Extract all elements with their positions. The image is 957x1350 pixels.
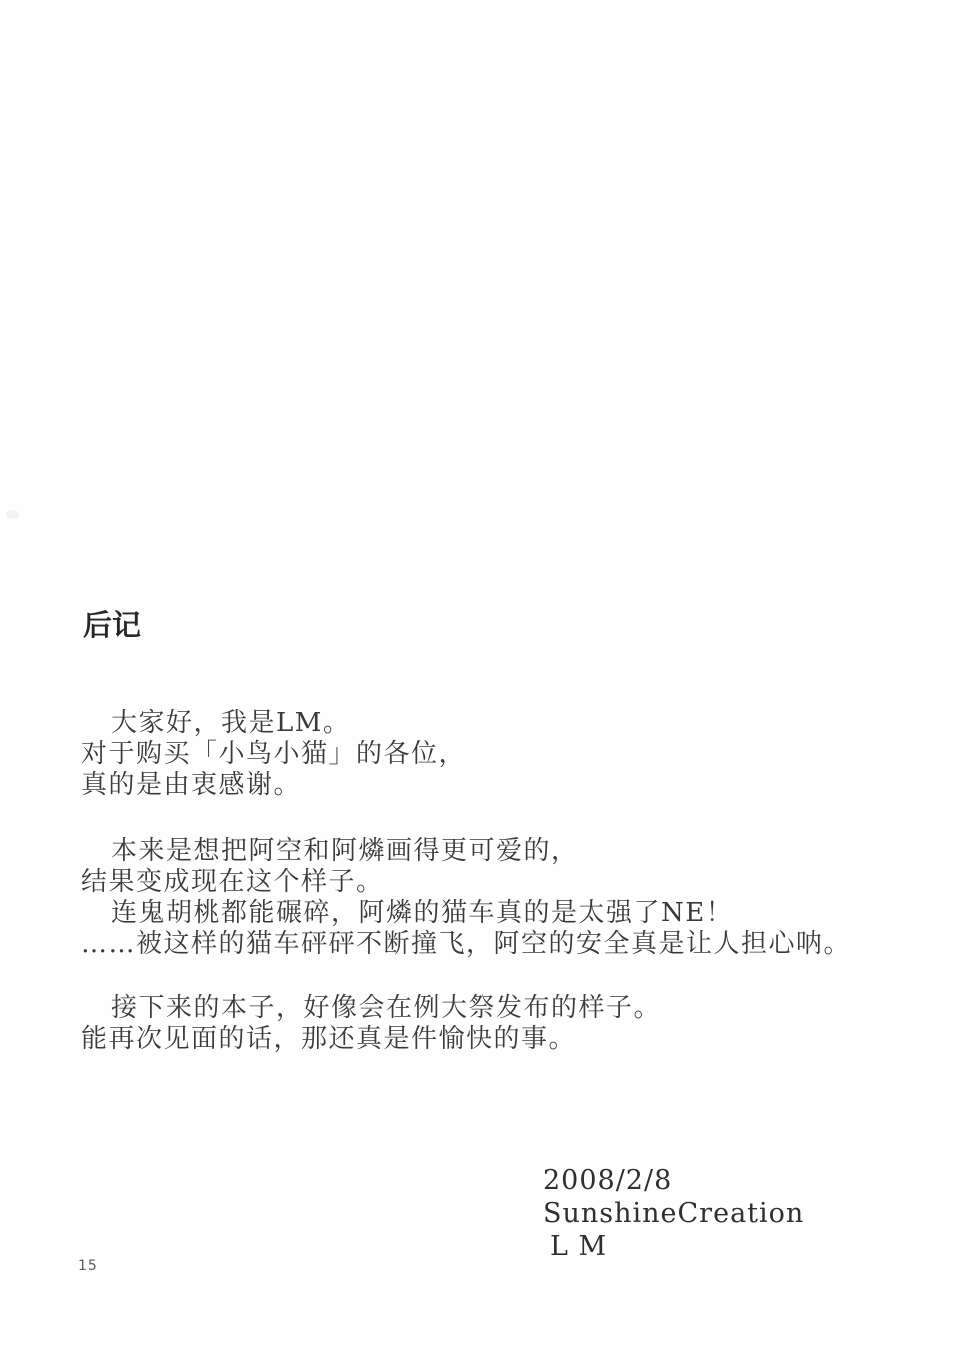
afterword-heading: 后记 — [83, 603, 141, 644]
paragraph-comments: 本来是想把阿空和阿燐画得更可爱的， 结果变成现在这个样子。 连鬼胡桃都能碾碎，阿… — [81, 836, 851, 960]
text-line: 对于购买「小鸟小猫」的各位， — [81, 739, 466, 770]
text-line: 本来是想把阿空和阿燐画得更可爱的， — [81, 836, 851, 867]
credit-date: 2008/2/8 — [543, 1164, 804, 1197]
paragraph-closing: 接下来的本子，好像会在例大祭发布的样子。 能再次见面的话，那还真是件愉快的事。 — [81, 993, 661, 1055]
text-line: 连鬼胡桃都能碾碎，阿燐的猫车真的是太强了NE！ — [81, 898, 851, 929]
text-line: 大家好，我是LM。 — [81, 708, 466, 739]
text-line: 结果变成现在这个样子。 — [81, 867, 851, 898]
text-line: ……被这样的猫车砰砰不断撞飞，阿空的安全真是让人担心呐。 — [81, 929, 851, 960]
scan-artifact-dot — [6, 510, 19, 519]
paragraph-greeting: 大家好，我是LM。 对于购买「小鸟小猫」的各位， 真的是由衷感谢。 — [81, 708, 466, 801]
text-line: 真的是由衷感谢。 — [81, 770, 466, 801]
text-line: 能再次见面的话，那还真是件愉快的事。 — [81, 1024, 661, 1055]
afterword-page: 后记 大家好，我是LM。 对于购买「小鸟小猫」的各位， 真的是由衷感谢。 本来是… — [0, 0, 957, 1350]
credits-block: 2008/2/8 SunshineCreation L M — [543, 1164, 804, 1263]
text-line: 接下来的本子，好像会在例大祭发布的样子。 — [81, 993, 661, 1024]
page-number: 15 — [78, 1258, 98, 1274]
credit-author: L M — [543, 1230, 804, 1263]
credit-event: SunshineCreation — [543, 1197, 804, 1230]
